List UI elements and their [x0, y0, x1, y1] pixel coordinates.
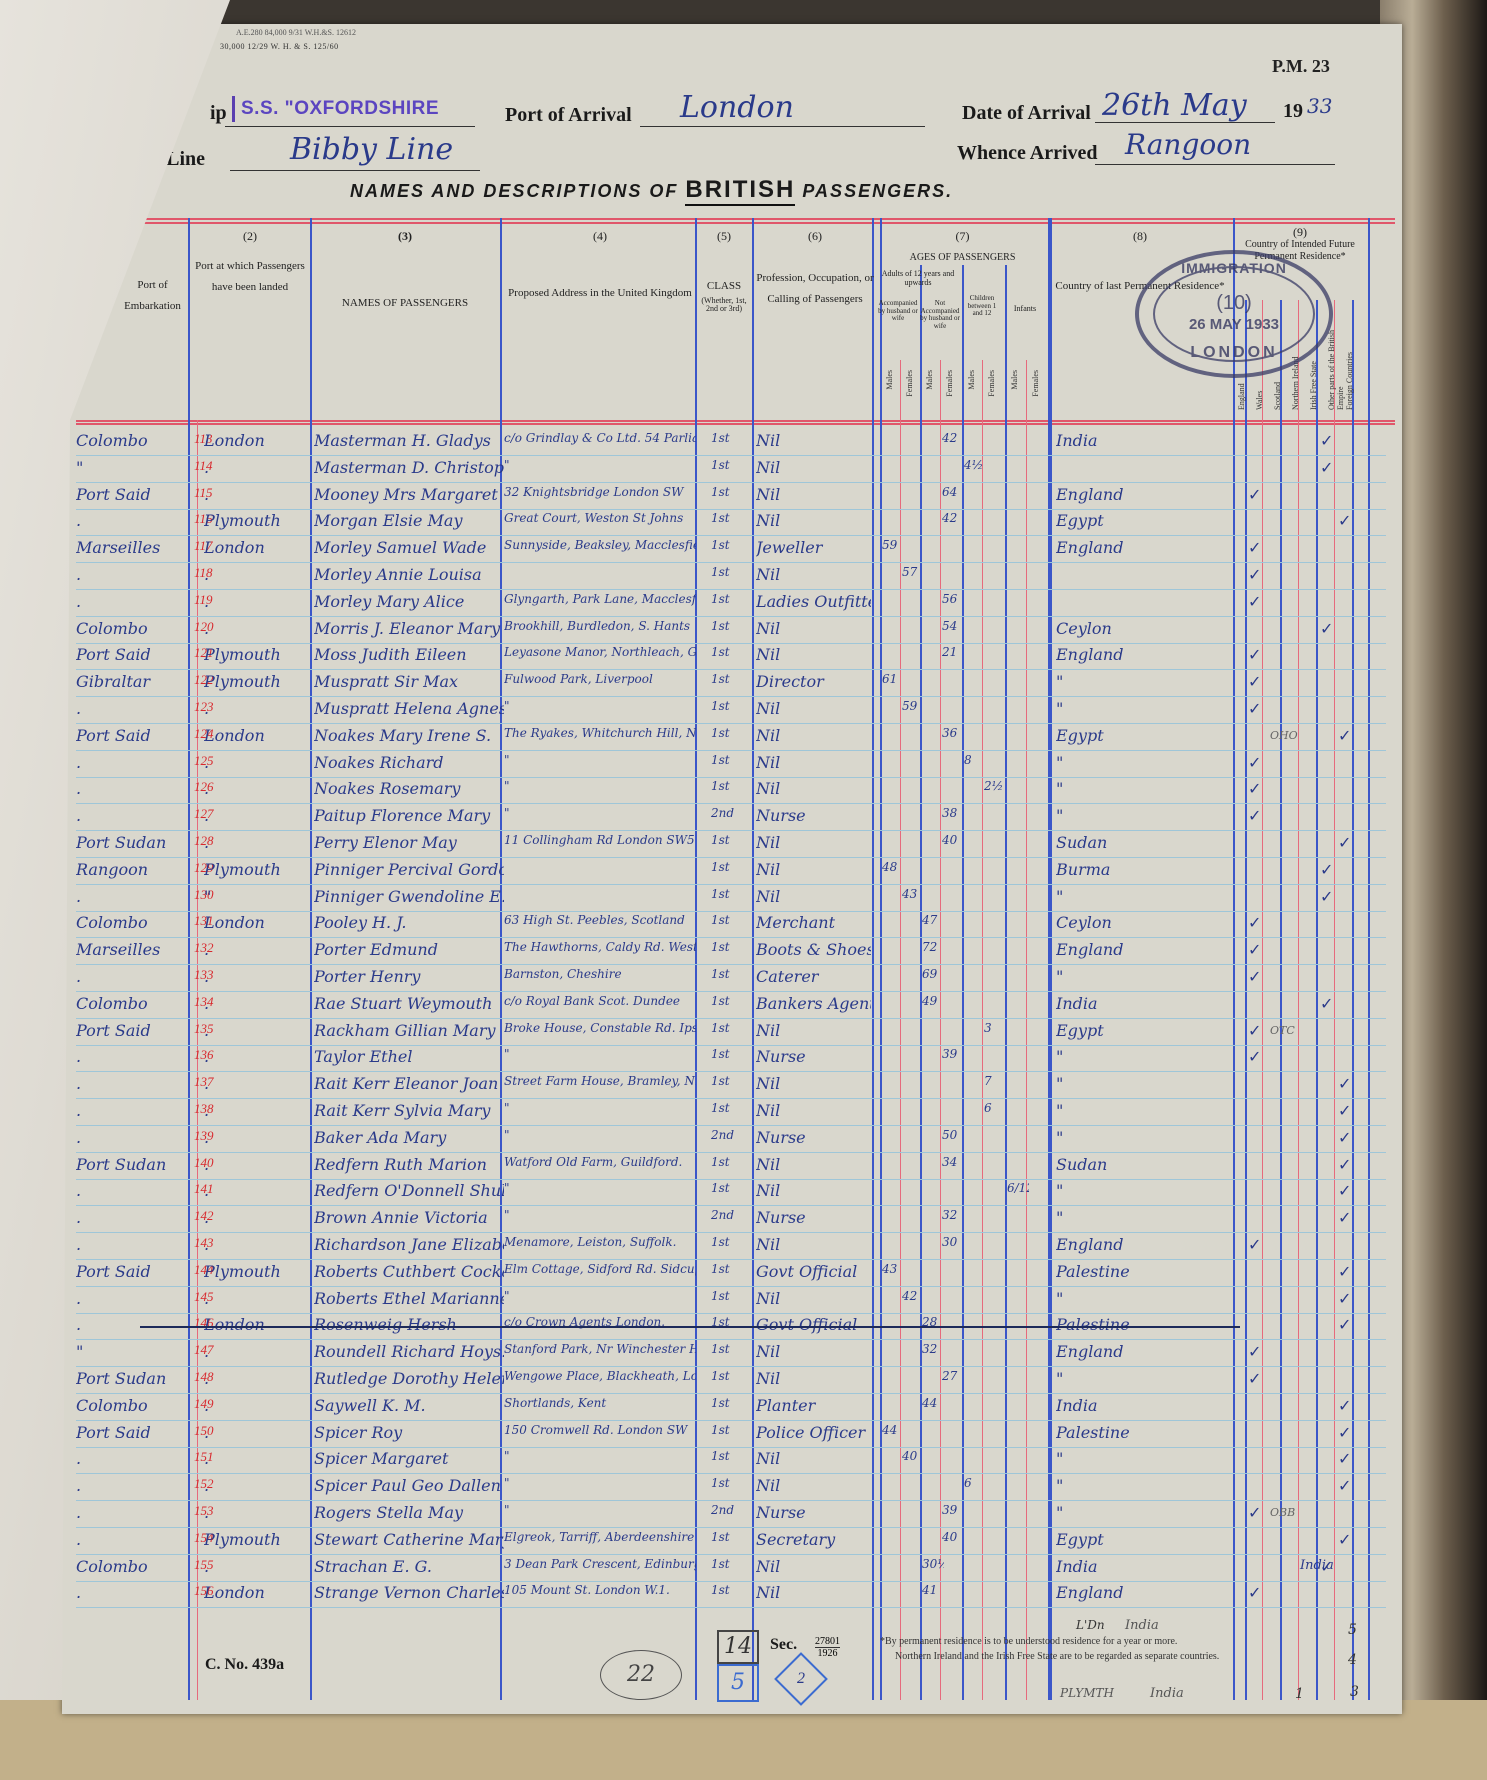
uk-address: Shortlands, Kent [504, 1396, 696, 1410]
occupation: Nil [756, 1583, 871, 1602]
col7-infants: Infants [1005, 305, 1045, 314]
uk-address: 11 Collingham Rd London SW5 [504, 833, 696, 847]
class: 1st [711, 1074, 746, 1088]
check-icon: ✓ [1338, 1101, 1354, 1121]
passenger-name: Mooney Mrs Margaret [314, 485, 504, 504]
last-residence: Sudan [1056, 833, 1216, 852]
year-suffix: 33 [1307, 94, 1332, 118]
class: 1st [711, 511, 746, 525]
passenger-row: Colombo131LondonPooley H. J.63 High St. … [76, 910, 1386, 938]
last-residence: " [1056, 887, 1216, 906]
class: 1st [711, 753, 746, 767]
total-circle: 22 [600, 1650, 682, 1700]
uk-address: Broke House, Constable Rd. Ipswich [504, 1021, 696, 1035]
passenger-name: Rait Kerr Eleanor Joan [314, 1074, 504, 1093]
last-residence: India [1056, 1557, 1216, 1576]
uk-address: Stanford Park, Nr Winchester Hants. [504, 1342, 696, 1356]
landed-port: . [204, 1289, 309, 1308]
embarkation-port: . [76, 1074, 186, 1093]
tally-4: 4 [1348, 1652, 1357, 1668]
passenger-name: Morley Mary Alice [314, 592, 504, 611]
passenger-name: Paitup Florence Mary [314, 806, 504, 825]
year-prefix: 19 [1283, 100, 1303, 123]
tally-1: 1 [1295, 1686, 1304, 1702]
last-residence: England [1056, 1583, 1216, 1602]
passenger-row: Colombo120.Morris J. Eleanor MaryBrookhi… [76, 616, 1386, 644]
occupation: Nil [756, 833, 871, 852]
embarkation-port: Colombo [76, 619, 186, 638]
embarkation-port: . [76, 1476, 186, 1495]
last-residence: Palestine [1056, 1315, 1216, 1334]
last-residence: Egypt [1056, 726, 1216, 745]
passenger-row: .143.Richardson Jane ElizabethMenamore, … [76, 1232, 1386, 1260]
check-icon: ✓ [1248, 1369, 1264, 1389]
landed-port: . [204, 699, 309, 718]
passenger-row: Port Said135.Rackham Gillian MaryBroke H… [76, 1018, 1386, 1046]
landed-port: . [204, 806, 309, 825]
landed-port: . [204, 753, 309, 772]
passenger-row: .123.Muspratt Helena Agnes"1stNil"59✓ [76, 696, 1386, 724]
occupation: Nil [756, 645, 871, 664]
check-icon: ✓ [1248, 538, 1264, 558]
passenger-row: .154PlymouthStewart Catherine MaryElgreo… [76, 1527, 1386, 1555]
occupation: Nil [756, 1074, 871, 1093]
whence-label: Whence Arrived [957, 142, 1098, 165]
embarkation-port: . [76, 1530, 186, 1549]
passenger-row: .133.Porter HenryBarnston, Cheshire1stCa… [76, 964, 1386, 992]
last-residence: " [1056, 753, 1216, 772]
landed-port: " [204, 887, 309, 906]
occupation: Secretary [756, 1530, 871, 1549]
uk-address: Fulwood Park, Liverpool [504, 672, 696, 686]
age: 21 [942, 645, 964, 659]
last-residence: Egypt [1056, 1021, 1216, 1040]
passenger-name: Rutledge Dorothy Helen [314, 1369, 504, 1388]
passenger-row: Colombo155.Strachan E. G.3 Dean Park Cre… [76, 1554, 1386, 1582]
total-class-box: 14 [717, 1630, 759, 1664]
age: 59 [902, 699, 924, 713]
last-residence: England [1056, 1342, 1216, 1361]
embarkation-port: . [76, 565, 186, 584]
class: 1st [711, 1235, 746, 1249]
embarkation-port: Port Said [76, 1021, 186, 1040]
col4-heading: (4)Proposed Address in the United Kingdo… [505, 225, 695, 304]
class: 1st [711, 1530, 746, 1544]
landed-port: . [204, 1369, 309, 1388]
embarkation-port: . [76, 1289, 186, 1308]
landed-port: London [204, 913, 309, 932]
col7-children: Children between 1 and 12 [962, 295, 1002, 318]
class: 1st [711, 887, 746, 901]
occupation: Nil [756, 1449, 871, 1468]
occupation: Nil [756, 1369, 871, 1388]
age: 44 [922, 1396, 944, 1410]
landed-port: . [204, 1101, 309, 1120]
age: 4½ [964, 458, 986, 472]
occupation: Nil [756, 860, 871, 879]
landed-port: . [204, 458, 309, 477]
uk-address: Watford Old Farm, Guildford. [504, 1155, 696, 1169]
landed-port: London [204, 431, 309, 450]
occupation: Nurse [756, 1503, 871, 1522]
check-icon: ✓ [1248, 645, 1264, 665]
landed-port: . [204, 1396, 309, 1415]
passenger-name: Roberts Cuthbert Cockayne [314, 1262, 504, 1281]
age: 59 [882, 538, 904, 552]
class: 1st [711, 1342, 746, 1356]
embarkation-port: Port Sudan [76, 833, 186, 852]
age: 30½ [922, 1557, 944, 1571]
occupation: Nurse [756, 806, 871, 825]
embarkation-port: . [76, 592, 186, 611]
check-icon: ✓ [1320, 860, 1336, 880]
embarkation-port: . [76, 1449, 186, 1468]
col9-sub-foreign-countries: Foreign Countries [1345, 320, 1354, 410]
uk-address: 63 High St. Peebles, Scotland [504, 913, 696, 927]
passenger-name: Masterman H. Gladys [314, 431, 504, 450]
passenger-name: Spicer Paul Geo Dallen [314, 1476, 504, 1495]
passenger-name: Noakes Rosemary [314, 779, 504, 798]
occupation: Nil [756, 1181, 871, 1200]
date-arrival-value: 26th May [1102, 88, 1247, 123]
check-icon: ✓ [1248, 806, 1264, 826]
passenger-row: .152.Spicer Paul Geo Dallen"1stNil"6✓ [76, 1473, 1386, 1501]
class: 1st [711, 431, 746, 445]
occupation: Nil [756, 1557, 871, 1576]
embarkation-port: . [76, 1583, 186, 1602]
passenger-name: Spicer Roy [314, 1423, 504, 1442]
class: 1st [711, 940, 746, 954]
col7-accompanied: Accompanied by husband or wife [878, 300, 918, 323]
uk-address: " [504, 1101, 696, 1115]
form-number: P.M. 23 [1272, 56, 1330, 77]
class: 1st [711, 1262, 746, 1276]
age: 27 [942, 1369, 964, 1383]
landed-port: . [204, 1021, 309, 1040]
age: 43 [902, 887, 924, 901]
embarkation-port: . [76, 1128, 186, 1147]
passenger-name: Brown Annie Victoria [314, 1208, 504, 1227]
passenger-row: .118.Morley Annie Louisa1stNil57✓ [76, 562, 1386, 590]
passenger-name: Porter Edmund [314, 940, 504, 959]
class: 1st [711, 779, 746, 793]
class: 1st [711, 1449, 746, 1463]
passenger-name: Pooley H. J. [314, 913, 504, 932]
passenger-name: Perry Elenor May [314, 833, 504, 852]
class: 1st [711, 1583, 746, 1597]
passenger-row: .145.Roberts Ethel Marianne"1stNil"42✓ [76, 1286, 1386, 1314]
uk-address: " [504, 753, 696, 767]
embarkation-port: . [76, 699, 186, 718]
uk-address: Glyngarth, Park Lane, Macclesfield, Ches… [504, 592, 696, 606]
uk-address: " [504, 1208, 696, 1222]
check-icon: ✓ [1248, 779, 1264, 799]
age: 48 [882, 860, 904, 874]
last-residence: England [1056, 940, 1216, 959]
passenger-row: Port Sudan140.Redfern Ruth MarionWatford… [76, 1152, 1386, 1180]
uk-address: Street Farm House, Bramley, Nr Basingsto… [504, 1074, 696, 1088]
landed-port: Plymouth [204, 1530, 309, 1549]
last-residence: England [1056, 538, 1216, 557]
col9-sub-other-parts-of-the-british-empire: Other parts of the British Empire [1327, 320, 1345, 410]
last-residence: Egypt [1056, 1530, 1216, 1549]
passenger-row: Port Said121PlymouthMoss Judith EileenLe… [76, 642, 1386, 670]
passenger-row: .137.Rait Kerr Eleanor JoanStreet Farm H… [76, 1071, 1386, 1099]
last-residence: Palestine [1056, 1262, 1216, 1281]
port-arrival-underline [640, 126, 925, 127]
age: 39 [942, 1503, 964, 1517]
class: 1st [711, 833, 746, 847]
uk-address: Elgreok, Tarriff, Aberdeenshire [504, 1530, 696, 1544]
passenger-row: Marseilles132.Porter EdmundThe Hawthorns… [76, 937, 1386, 965]
check-icon: ✓ [1338, 1262, 1354, 1282]
sec-number: 278011926 [815, 1636, 840, 1659]
passenger-name: Baker Ada Mary [314, 1128, 504, 1147]
check-icon: ✓ [1248, 592, 1264, 612]
check-icon: ✓ [1248, 753, 1264, 773]
class: 1st [711, 1476, 746, 1490]
passenger-name: Strange Vernon Charles [314, 1583, 504, 1602]
occupation: Govt Official [756, 1315, 871, 1334]
uk-address: " [504, 806, 696, 820]
age: 38 [942, 806, 964, 820]
check-icon: ✓ [1248, 1021, 1264, 1041]
check-icon: ✓ [1248, 940, 1264, 960]
col7-heading: (7)AGES OF PASSENGERS [875, 225, 1050, 267]
line-value: Bibby Line [290, 132, 453, 167]
ship-underline [225, 126, 475, 127]
uk-address: Wengowe Place, Blackheath, London SE10 [504, 1369, 696, 1383]
last-residence: " [1056, 967, 1216, 986]
passenger-row: "114.Masterman D. Christopher"1stNil4½✓ [76, 455, 1386, 483]
print-code: 30,000 12/29 W. H. & S. 125/60 [220, 42, 339, 51]
last-residence: India [1056, 431, 1216, 450]
age: 41 [922, 1583, 944, 1597]
col3-heading: (3)NAMES OF PASSENGERS [310, 225, 500, 314]
check-icon: ✓ [1248, 913, 1264, 933]
passenger-row: .116PlymouthMorgan Elsie MayGreat Court,… [76, 508, 1386, 536]
embarkation-port: Colombo [76, 1396, 186, 1415]
occupation: Nurse [756, 1208, 871, 1227]
age: 6/12 [1007, 1181, 1029, 1195]
check-icon: ✓ [1338, 1476, 1354, 1496]
last-residence: " [1056, 699, 1216, 718]
age: 39 [942, 1047, 964, 1061]
landed-port: . [204, 1128, 309, 1147]
check-icon: ✓ [1248, 1047, 1264, 1067]
check-icon: ✓ [1338, 833, 1354, 853]
date-underline [1095, 122, 1275, 123]
check-icon: ✓ [1248, 967, 1264, 987]
class: 1st [711, 619, 746, 633]
class: 1st [711, 672, 746, 686]
passenger-name: Morgan Elsie May [314, 511, 504, 530]
class: 1st [711, 1557, 746, 1571]
passenger-row: Gibraltar122PlymouthMuspratt Sir MaxFulw… [76, 669, 1386, 697]
landed-port: . [204, 592, 309, 611]
last-residence: " [1056, 806, 1216, 825]
passenger-name: Strachan E. G. [314, 1557, 504, 1576]
last-residence: " [1056, 1289, 1216, 1308]
landed-port: . [204, 1208, 309, 1227]
age: 42 [942, 431, 964, 445]
females-label: Females [987, 370, 996, 397]
embarkation-port: Colombo [76, 1557, 186, 1576]
occupation: Jeweller [756, 538, 871, 557]
landed-port: . [204, 485, 309, 504]
footnote-residence: *By permanent residence is to be underst… [880, 1636, 1177, 1647]
occupation: Merchant [756, 913, 871, 932]
col5-heading: (5)CLASS(Whether, 1st, 2nd or 3rd) [698, 225, 750, 314]
class: 1st [711, 726, 746, 740]
males-label: Males [1010, 370, 1019, 390]
check-icon: ✓ [1248, 672, 1264, 692]
passenger-name: Saywell K. M. [314, 1396, 504, 1415]
check-icon: ✓ [1248, 565, 1264, 585]
landed-port: . [204, 1476, 309, 1495]
class: 1st [711, 592, 746, 606]
landed-port: Plymouth [204, 645, 309, 664]
whence-value: Rangoon [1125, 128, 1251, 161]
uk-address: The Hawthorns, Caldy Rd. West Kirby, Che… [504, 940, 696, 954]
age: 32 [922, 1342, 944, 1356]
check-icon: ✓ [1338, 1074, 1354, 1094]
passenger-name: Morris J. Eleanor Mary [314, 619, 504, 638]
passenger-name: Stewart Catherine Mary [314, 1530, 504, 1549]
passenger-name: Rackham Gillian Mary [314, 1021, 504, 1040]
landed-port: . [204, 565, 309, 584]
passenger-row: Port Said144PlymouthRoberts Cuthbert Coc… [76, 1259, 1386, 1287]
uk-address: 32 Knightsbridge London SW [504, 485, 696, 499]
header-rule [140, 222, 1395, 224]
landed-port: . [204, 1181, 309, 1200]
class: 1st [711, 485, 746, 499]
uk-address: " [504, 1047, 696, 1061]
landed-port: London [204, 1583, 309, 1602]
embarkation-port: . [76, 511, 186, 530]
passenger-row: .130"Pinniger Gwendoline E.1stNil"43✓ [76, 884, 1386, 912]
age: 36 [942, 726, 964, 740]
last-residence: England [1056, 1235, 1216, 1254]
last-residence: " [1056, 779, 1216, 798]
occupation: Bankers Agent [756, 994, 871, 1013]
passenger-row: Colombo149.Saywell K. M.Shortlands, Kent… [76, 1393, 1386, 1421]
age: 47 [922, 913, 944, 927]
landed-port: . [204, 967, 309, 986]
age: 40 [942, 1530, 964, 1544]
embarkation-port: Colombo [76, 913, 186, 932]
passenger-name: Rait Kerr Sylvia Mary [314, 1101, 504, 1120]
occupation: Nil [756, 565, 871, 584]
occupation: Nil [756, 1476, 871, 1495]
passenger-name: Noakes Mary Irene S. [314, 726, 504, 745]
strikethrough-line [140, 1326, 1240, 1328]
passenger-row: Port Sudan148.Rutledge Dorothy HelenWeng… [76, 1366, 1386, 1394]
passenger-row: Marseilles117LondonMorley Samuel WadeSun… [76, 535, 1386, 563]
class: 1st [711, 860, 746, 874]
occupation: Nil [756, 431, 871, 450]
embarkation-port: . [76, 1503, 186, 1522]
passenger-name: Muspratt Sir Max [314, 672, 504, 691]
passenger-name: Roundell Richard Hoys. [314, 1342, 504, 1361]
check-icon: ✓ [1320, 431, 1336, 451]
total-class-box-2: 5 [717, 1664, 759, 1702]
plymth-note: PLYMTH [1060, 1686, 1114, 1700]
landed-port: Plymouth [204, 1262, 309, 1281]
header-rule [76, 423, 1395, 425]
check-icon: ✓ [1338, 1315, 1354, 1335]
landed-port: . [204, 833, 309, 852]
class: 2nd [711, 1128, 746, 1142]
age: 49 [922, 994, 944, 1008]
occupation: Nil [756, 1235, 871, 1254]
uk-address: " [504, 1449, 696, 1463]
last-residence: England [1056, 485, 1216, 504]
passenger-name: Pinniger Gwendoline E. [314, 887, 504, 906]
uk-address: " [504, 1476, 696, 1490]
date-arrival-label: Date of Arrival [962, 102, 1091, 125]
passenger-row: Rangoon129PlymouthPinniger Percival Gord… [76, 857, 1386, 885]
india-note-2: India [1125, 1618, 1159, 1633]
occupation: Nil [756, 485, 871, 504]
check-icon: ✓ [1320, 619, 1336, 639]
last-residence: India [1056, 994, 1216, 1013]
occupation: Nil [756, 458, 871, 477]
last-residence: " [1056, 1208, 1216, 1227]
check-icon: ✓ [1248, 1235, 1264, 1255]
class: 1st [711, 994, 746, 1008]
age: 32 [942, 1208, 964, 1222]
embarkation-port: . [76, 1101, 186, 1120]
last-residence: India [1056, 1396, 1216, 1415]
embarkation-port: Port Sudan [76, 1369, 186, 1388]
ship-label: ip [210, 102, 227, 125]
embarkation-port: " [76, 458, 186, 477]
passenger-name: Muspratt Helena Agnes [314, 699, 504, 718]
passenger-row: Port Said150.Spicer Roy150 Cromwell Rd. … [76, 1420, 1386, 1448]
passenger-name: Spicer Margaret [314, 1449, 504, 1468]
passenger-name: Redfern O'Donnell Shuldham [314, 1181, 504, 1200]
occupation: Nurse [756, 1128, 871, 1147]
embarkation-port: . [76, 779, 186, 798]
uk-address: The Ryakes, Whitchurch Hill, Nr Reading [504, 726, 696, 740]
last-residence: " [1056, 1369, 1216, 1388]
uk-address: Sunnyside, Beaksley, Macclesfield, Chesh… [504, 538, 696, 552]
header-rule [76, 420, 1395, 422]
col2-heading: (2)Port at which Passengers have been la… [195, 225, 305, 298]
passenger-name: Taylor Ethel [314, 1047, 504, 1066]
age: 57 [902, 565, 924, 579]
passenger-row: Colombo113LondonMasterman H. Gladysc/o G… [76, 428, 1386, 456]
class: 2nd [711, 806, 746, 820]
footnote-ireland: Northern Ireland and the Irish Free Stat… [895, 1651, 1219, 1662]
embarkation-port: . [76, 1235, 186, 1254]
uk-address: c/o Royal Bank Scot. Dundee [504, 994, 696, 1008]
landed-port: . [204, 1074, 309, 1093]
class: 1st [711, 967, 746, 981]
check-icon: ✓ [1338, 1181, 1354, 1201]
landed-port: . [204, 1557, 309, 1576]
col7-adults: Adults of 12 years and upwards [878, 270, 958, 288]
ldn-note: L'Dn [1076, 1618, 1105, 1632]
age: 34 [942, 1155, 964, 1169]
check-icon: ✓ [1338, 1155, 1354, 1175]
occupation: Police Officer [756, 1423, 871, 1442]
occupation: Boots & Shoes [756, 940, 871, 959]
passenger-row: .119.Morley Mary AliceGlyngarth, Park La… [76, 589, 1386, 617]
landed-port: London [204, 1315, 309, 1334]
check-icon: ✓ [1338, 1530, 1354, 1550]
